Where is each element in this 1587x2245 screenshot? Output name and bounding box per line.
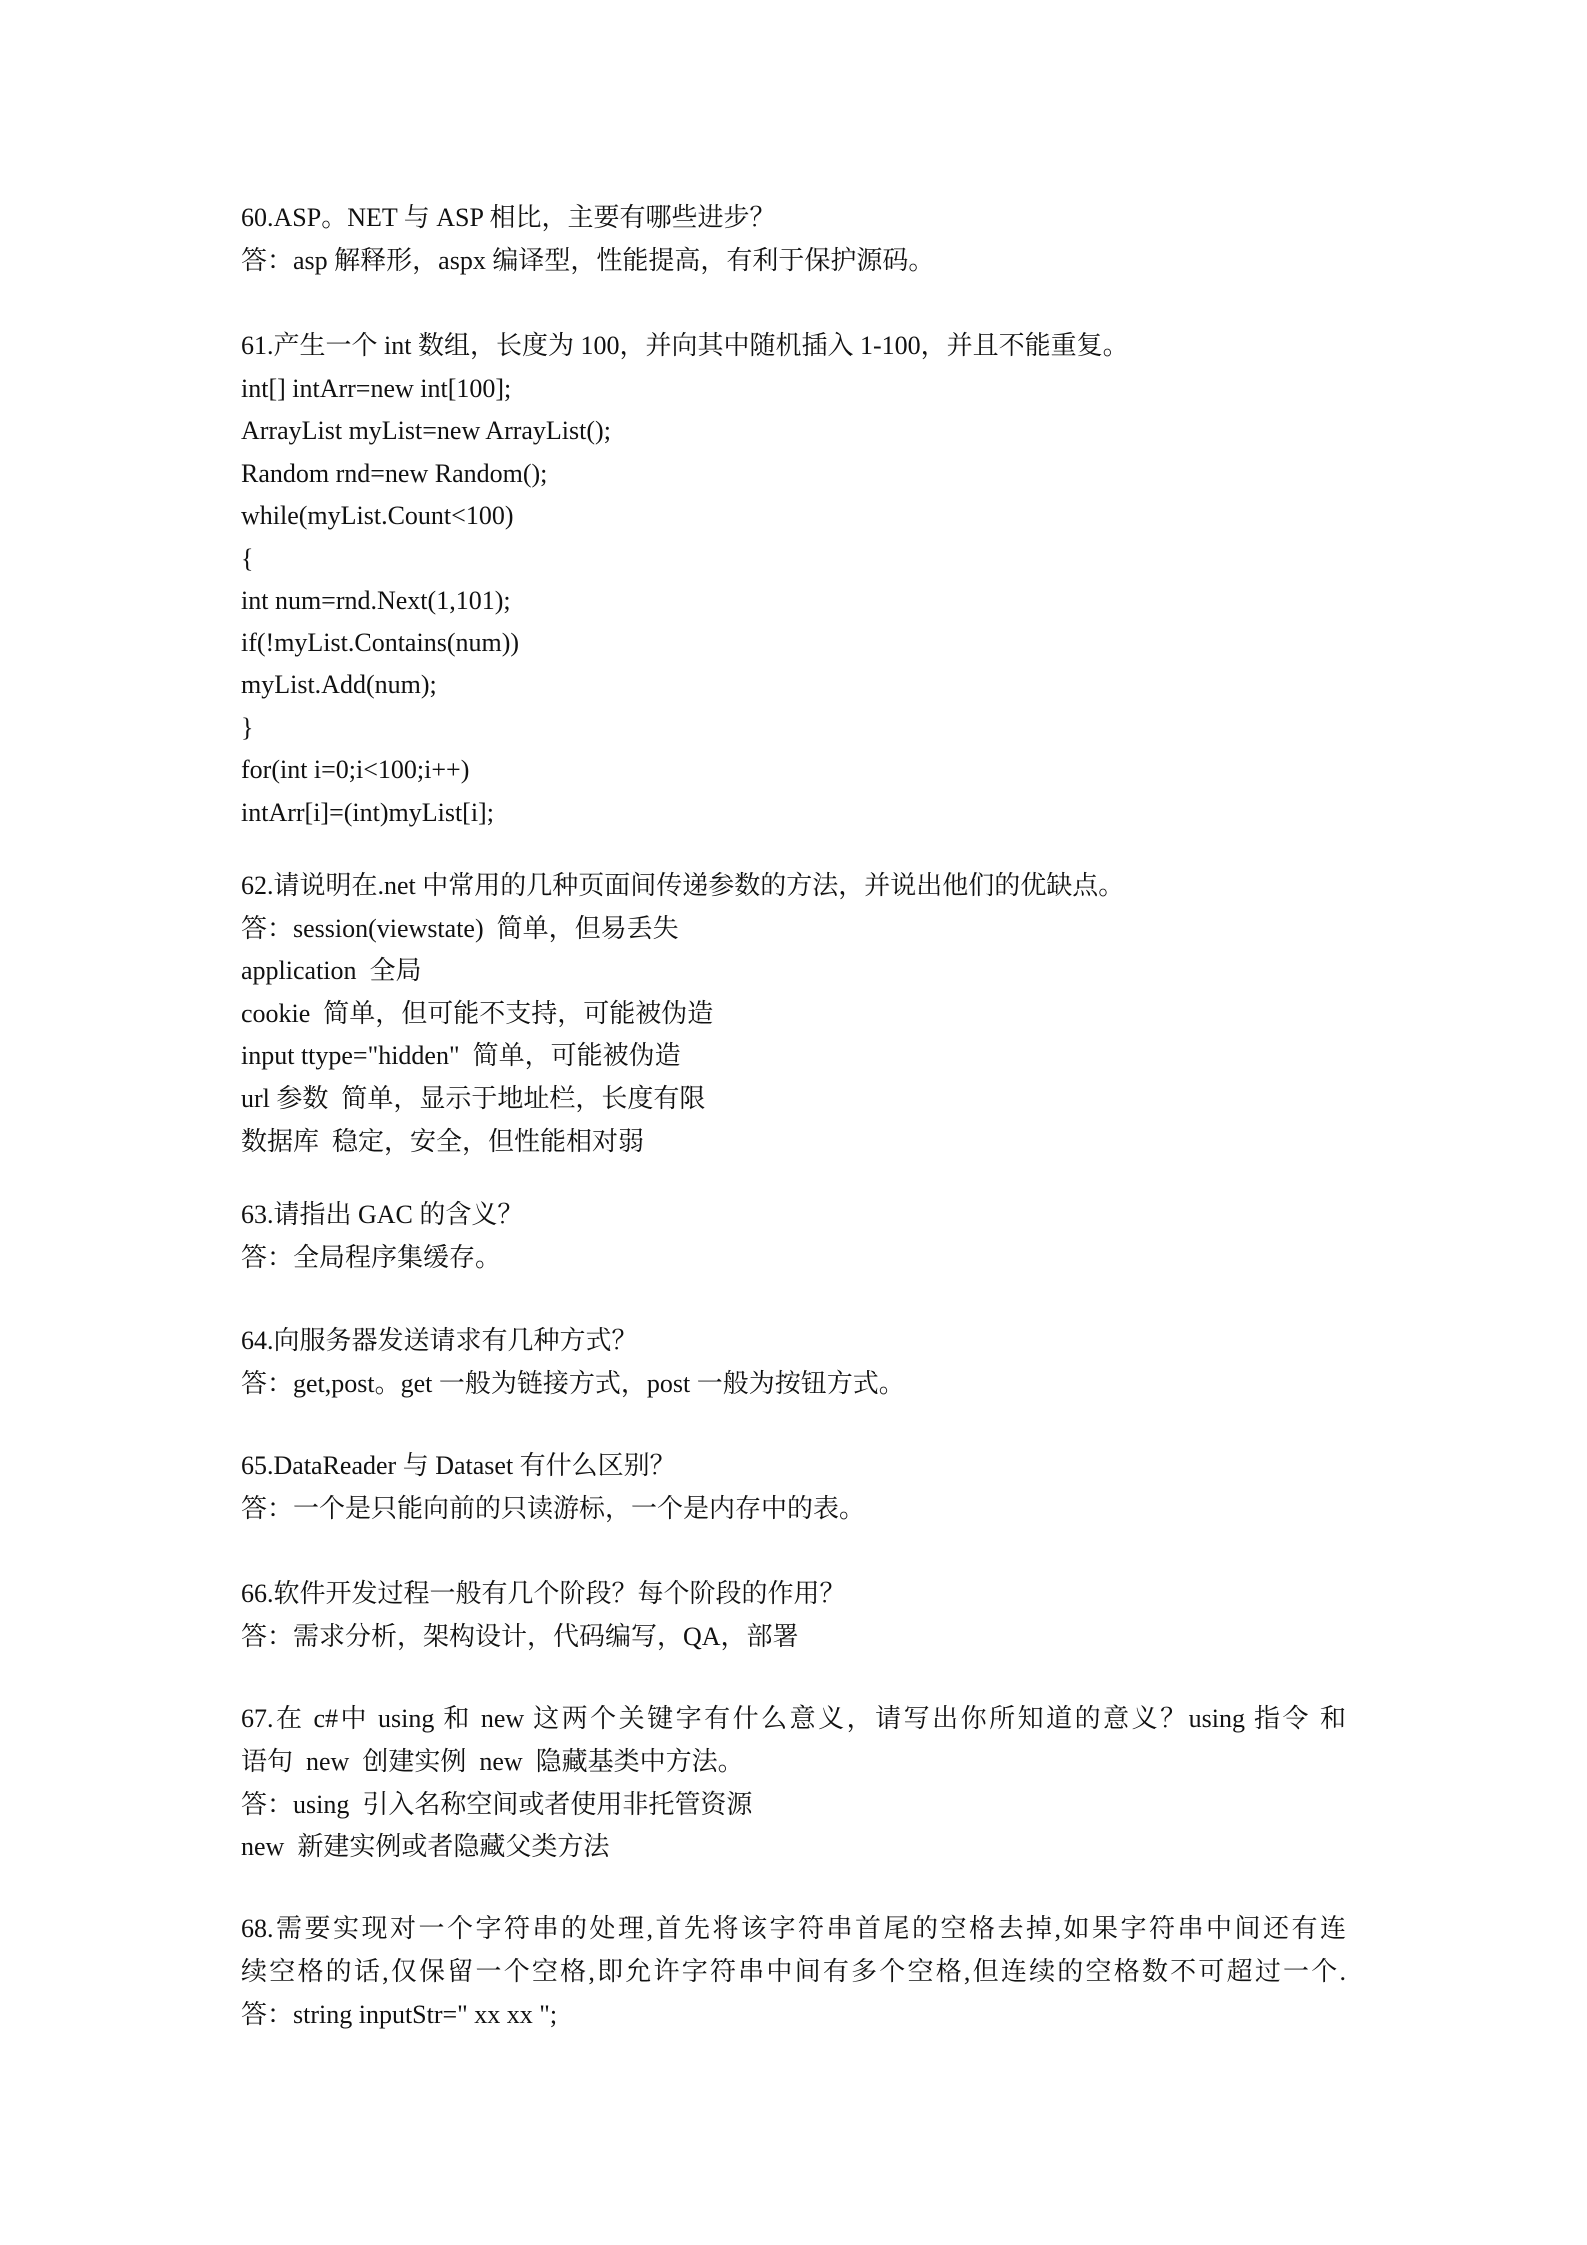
question-66: 66.软件开发过程一般有几个阶段？每个阶段的作用？ <box>241 1579 846 1609</box>
code-line: intArr[i]=(int)myList[i]; <box>241 798 494 828</box>
answer-64: 答：get,post。get 一般为链接方式，post 一般为按钮方式。 <box>241 1369 905 1399</box>
question-62: 62.请说明在.net 中常用的几种页面间传递参数的方法，并说出他们的优缺点。 <box>241 871 1124 901</box>
question-67: 67.在 c#中 using 和 new 这两个关键字有什么意义，请写出你所知道… <box>241 1704 1346 1734</box>
question-64: 64.向服务器发送请求有几种方式？ <box>241 1326 638 1356</box>
code-line: } <box>241 713 253 743</box>
answer-63: 答：全局程序集缓存。 <box>241 1243 501 1273</box>
code-line: int num=rnd.Next(1,101); <box>241 586 511 616</box>
answer-line: application 全局 <box>241 956 422 986</box>
code-line: for(int i=0;i<100;i++) <box>241 755 469 785</box>
code-line: { <box>241 544 253 574</box>
question-67-cont: 语句 new 创建实例 new 隐藏基类中方法。 <box>241 1747 744 1777</box>
code-line: myList.Add(num); <box>241 670 437 700</box>
answer-line: cookie 简单，但可能不支持，可能被伪造 <box>241 999 713 1029</box>
answer-66: 答：需求分析，架构设计，代码编写，QA，部署 <box>241 1622 799 1652</box>
document-page: 60.ASP。NET 与 ASP 相比，主要有哪些进步？ 答：asp 解释形，a… <box>0 0 1587 2245</box>
question-61: 61.产生一个 int 数组，长度为 100，并向其中随机插入 1-100，并且… <box>241 331 1129 361</box>
answer-62: 答：session(viewstate) 简单，但易丢失 <box>241 914 679 944</box>
question-60: 60.ASP。NET 与 ASP 相比，主要有哪些进步？ <box>241 203 776 233</box>
question-63: 63.请指出 GAC 的含义？ <box>241 1200 523 1230</box>
answer-68: 答：string inputStr=" xx xx "; <box>241 2000 557 2030</box>
answer-line: input ttype="hidden" 简单，可能被伪造 <box>241 1041 681 1071</box>
answer-67: 答：using 引入名称空间或者使用非托管资源 <box>241 1790 752 1820</box>
code-line: Random rnd=new Random(); <box>241 459 547 489</box>
answer-line: url 参数 简单，显示于地址栏，长度有限 <box>241 1084 705 1114</box>
answer-65: 答：一个是只能向前的只读游标，一个是内存中的表。 <box>241 1494 865 1524</box>
question-68-cont: 续空格的话,仅保留一个空格,即允许字符串中间有多个空格,但连续的空格数不可超过一… <box>241 1957 1346 1987</box>
code-line: while(myList.Count<100) <box>241 501 513 531</box>
answer-60: 答：asp 解释形，aspx 编译型，性能提高，有利于保护源码。 <box>241 246 934 276</box>
code-line: if(!myList.Contains(num)) <box>241 628 519 658</box>
code-line: ArrayList myList=new ArrayList(); <box>241 416 611 446</box>
question-65: 65.DataReader 与 Dataset 有什么区别？ <box>241 1451 676 1481</box>
question-68: 68.需要实现对一个字符串的处理,首先将该字符串首尾的空格去掉,如果字符串中间还… <box>241 1914 1346 1944</box>
code-line: int[] intArr=new int[100]; <box>241 374 511 404</box>
answer-line: 数据库 稳定，安全，但性能相对弱 <box>241 1127 644 1157</box>
answer-line: new 新建实例或者隐藏父类方法 <box>241 1832 609 1862</box>
